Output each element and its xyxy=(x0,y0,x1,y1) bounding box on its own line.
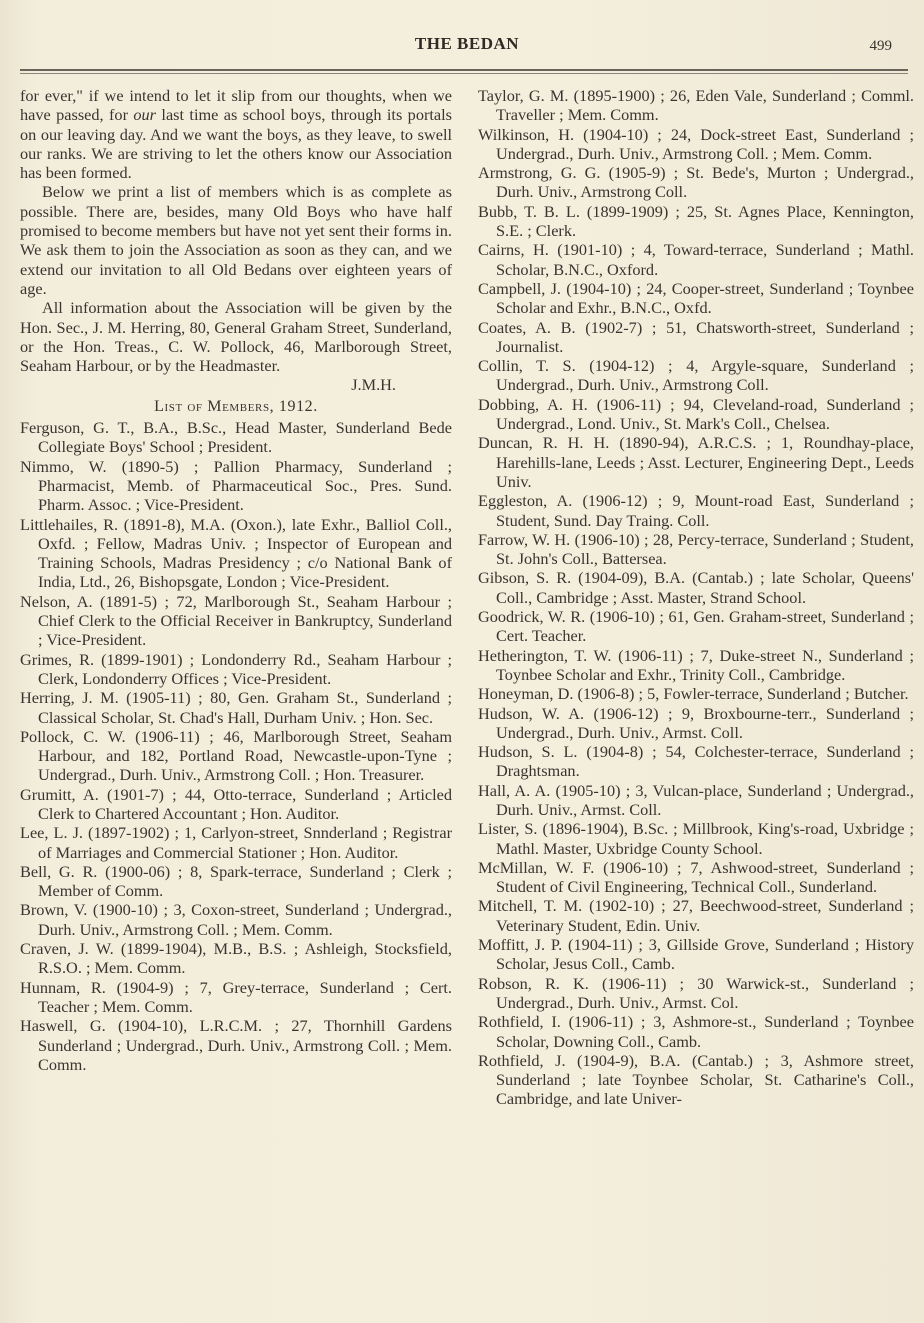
member-entry: Hudson, W. A. (1906-12) ; 9, Broxbourne-… xyxy=(478,704,914,743)
member-entry: Mitchell, T. M. (1902-10) ; 27, Beechwoo… xyxy=(478,896,914,935)
running-header: THE BEDAN 499 xyxy=(0,32,924,60)
member-entry: Brown, V. (1900-10) ; 3, Coxon-street, S… xyxy=(20,900,452,939)
member-entry: Nimmo, W. (1890-5) ; Pallion Pharmacy, S… xyxy=(20,457,452,515)
member-entry: Craven, J. W. (1899-1904), M.B., B.S. ; … xyxy=(20,939,452,978)
member-entry: Lee, L. J. (1897-1902) ; 1, Carlyon-stre… xyxy=(20,823,452,862)
signature: J.M.H. xyxy=(20,375,452,394)
member-entry: Dobbing, A. H. (1906-11) ; 94, Cleveland… xyxy=(478,395,914,434)
member-entry: Duncan, R. H. H. (1890-94), A.R.C.S. ; 1… xyxy=(478,433,914,491)
member-entry: Grumitt, A. (1901-7) ; 44, Otto-terrace,… xyxy=(20,785,452,824)
member-entry: Taylor, G. M. (1895-1900) ; 26, Eden Val… xyxy=(478,86,914,125)
member-entry: Collin, T. S. (1904-12) ; 4, Argyle-squa… xyxy=(478,356,914,395)
member-entry: Hudson, S. L. (1904-8) ; 54, Colchester-… xyxy=(478,742,914,781)
member-entry: Nelson, A. (1891-5) ; 72, Marlborough St… xyxy=(20,592,452,650)
member-entry: Bubb, T. B. L. (1899-1909) ; 25, St. Agn… xyxy=(478,202,914,241)
member-entry: Hunnam, R. (1904-9) ; 7, Grey-terrace, S… xyxy=(20,978,452,1017)
header-rule-thin xyxy=(20,73,908,74)
member-entry: Goodrick, W. R. (1906-10) ; 61, Gen. Gra… xyxy=(478,607,914,646)
member-entry: Farrow, W. H. (1906-10) ; 28, Percy-terr… xyxy=(478,530,914,569)
member-entry: Herring, J. M. (1905-11) ; 80, Gen. Grah… xyxy=(20,688,452,727)
scanned-page: THE BEDAN 499 for ever," if we intend to… xyxy=(0,0,924,1323)
page-number: 499 xyxy=(870,38,893,55)
list-heading: List of Members, 1912. xyxy=(20,397,452,416)
intro-paragraph-3: All information about the Association wi… xyxy=(20,298,452,375)
member-entry: Wilkinson, H. (1904-10) ; 24, Dock-stree… xyxy=(478,125,914,164)
member-entry: McMillan, W. F. (1906-10) ; 7, Ashwood-s… xyxy=(478,858,914,897)
emphasis-text: our xyxy=(133,105,156,124)
member-entry: Coates, A. B. (1902-7) ; 51, Chatsworth-… xyxy=(478,318,914,357)
right-column: Taylor, G. M. (1895-1900) ; 26, Eden Val… xyxy=(478,86,914,1109)
member-entry: Hall, A. A. (1905-10) ; 3, Vulcan-place,… xyxy=(478,781,914,820)
member-entry: Grimes, R. (1899-1901) ; Londonderry Rd.… xyxy=(20,650,452,689)
intro-paragraph-1: for ever," if we intend to let it slip f… xyxy=(20,86,452,182)
member-entry: Haswell, G. (1904-10), L.R.C.M. ; 27, Th… xyxy=(20,1016,452,1074)
member-entry: Honeyman, D. (1906-8) ; 5, Fowler-terrac… xyxy=(478,684,914,703)
member-entry: Hetherington, T. W. (1906-11) ; 7, Duke-… xyxy=(478,646,914,685)
member-entry: Gibson, S. R. (1904-09), B.A. (Cantab.) … xyxy=(478,568,914,607)
member-entry: Bell, G. R. (1900-06) ; 8, Spark-terrace… xyxy=(20,862,452,901)
member-entry: Rothfield, J. (1904-9), B.A. (Cantab.) ;… xyxy=(478,1051,914,1109)
member-entry: Ferguson, G. T., B.A., B.Sc., Head Maste… xyxy=(20,418,452,457)
member-entry: Eggleston, A. (1906-12) ; 9, Mount-road … xyxy=(478,491,914,530)
member-entry: Campbell, J. (1904-10) ; 24, Cooper-stre… xyxy=(478,279,914,318)
member-entry: Pollock, C. W. (1906-11) ; 46, Marlborou… xyxy=(20,727,452,785)
member-entry: Robson, R. K. (1906-11) ; 30 Warwick-st.… xyxy=(478,974,914,1013)
journal-title: THE BEDAN xyxy=(0,34,924,54)
member-entry: Armstrong, G. G. (1905-9) ; St. Bede's, … xyxy=(478,163,914,202)
member-entry: Littlehailes, R. (1891-8), M.A. (Oxon.),… xyxy=(20,515,452,592)
member-entry: Moffitt, J. P. (1904-11) ; 3, Gillside G… xyxy=(478,935,914,974)
header-rule xyxy=(20,69,908,71)
intro-paragraph-2: Below we print a list of members which i… xyxy=(20,182,452,298)
member-entry: Rothfield, I. (1906-11) ; 3, Ashmore-st.… xyxy=(478,1012,914,1051)
member-entry: Lister, S. (1896-1904), B.Sc. ; Millbroo… xyxy=(478,819,914,858)
left-column: for ever," if we intend to let it slip f… xyxy=(20,86,452,1074)
member-entry: Cairns, H. (1901-10) ; 4, Toward-terrace… xyxy=(478,240,914,279)
